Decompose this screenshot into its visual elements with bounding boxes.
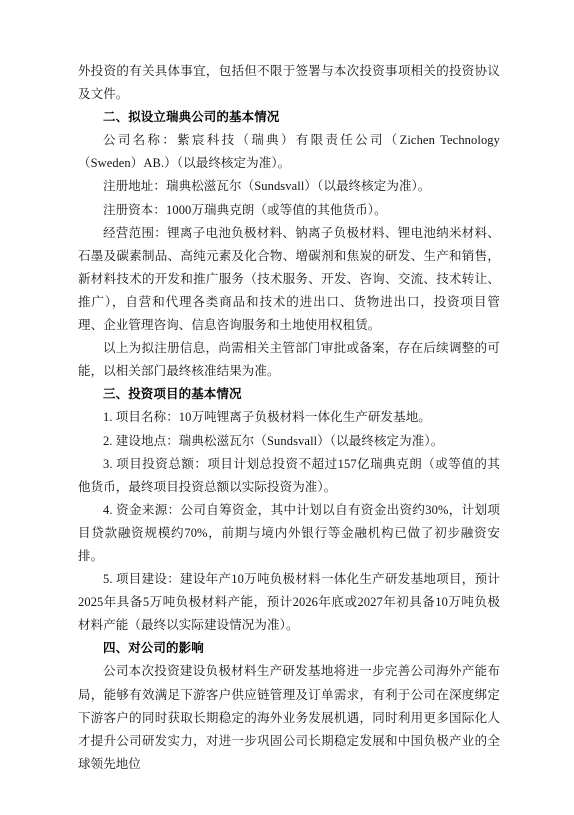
paragraph: 3. 项目投资总额：项目计划总投资不超过157亿瑞典克朗（或等值的其他货币，最终… xyxy=(78,453,500,499)
document-content: 外投资的有关具体事宜，包括但不限于签署与本次投资事项相关的投资协议及文件。二、拟… xyxy=(78,60,500,776)
paragraph: 以上为拟注册信息，尚需相关主管部门审批或备案，存在后续调整的可能，以相关部门最终… xyxy=(78,337,500,383)
paragraph: 公司名称：紫宸科技（瑞典）有限责任公司（Zichen Technology（Sw… xyxy=(78,129,500,175)
paragraph: 注册资本：1000万瑞典克朗（或等值的其他货币）。 xyxy=(78,199,500,222)
paragraph: 4. 资金来源：公司自筹资金，其中计划以自有资金出资约30%，计划项目贷款融资规… xyxy=(78,499,500,568)
paragraph: 公司本次投资建设负极材料生产研发基地将进一步完善公司海外产能布局，能够有效满足下… xyxy=(78,660,500,775)
paragraph: 外投资的有关具体事宜，包括但不限于签署与本次投资事项相关的投资协议及文件。 xyxy=(78,60,500,106)
document-page: 外投资的有关具体事宜，包括但不限于签署与本次投资事项相关的投资协议及文件。二、拟… xyxy=(0,0,574,815)
paragraph: 2. 建设地点：瑞典松滋瓦尔（Sundsvall）（以最终核定为准）。 xyxy=(78,430,500,453)
paragraph: 1. 项目名称：10万吨锂离子负极材料一体化生产研发基地。 xyxy=(78,406,500,429)
section-heading: 二、拟设立瑞典公司的基本情况 xyxy=(78,106,500,129)
section-heading: 四、对公司的影响 xyxy=(78,637,500,660)
section-heading: 三、投资项目的基本情况 xyxy=(78,383,500,406)
paragraph: 经营范围：锂离子电池负极材料、钠离子负极材料、锂电池纳米材料、石墨及碳素制品、高… xyxy=(78,222,500,337)
paragraph: 注册地址：瑞典松滋瓦尔（Sundsvall）（以最终核定为准）。 xyxy=(78,175,500,198)
paragraph: 5. 项目建设：建设年产10万吨负极材料一体化生产研发基地项目，预计2025年具… xyxy=(78,568,500,637)
